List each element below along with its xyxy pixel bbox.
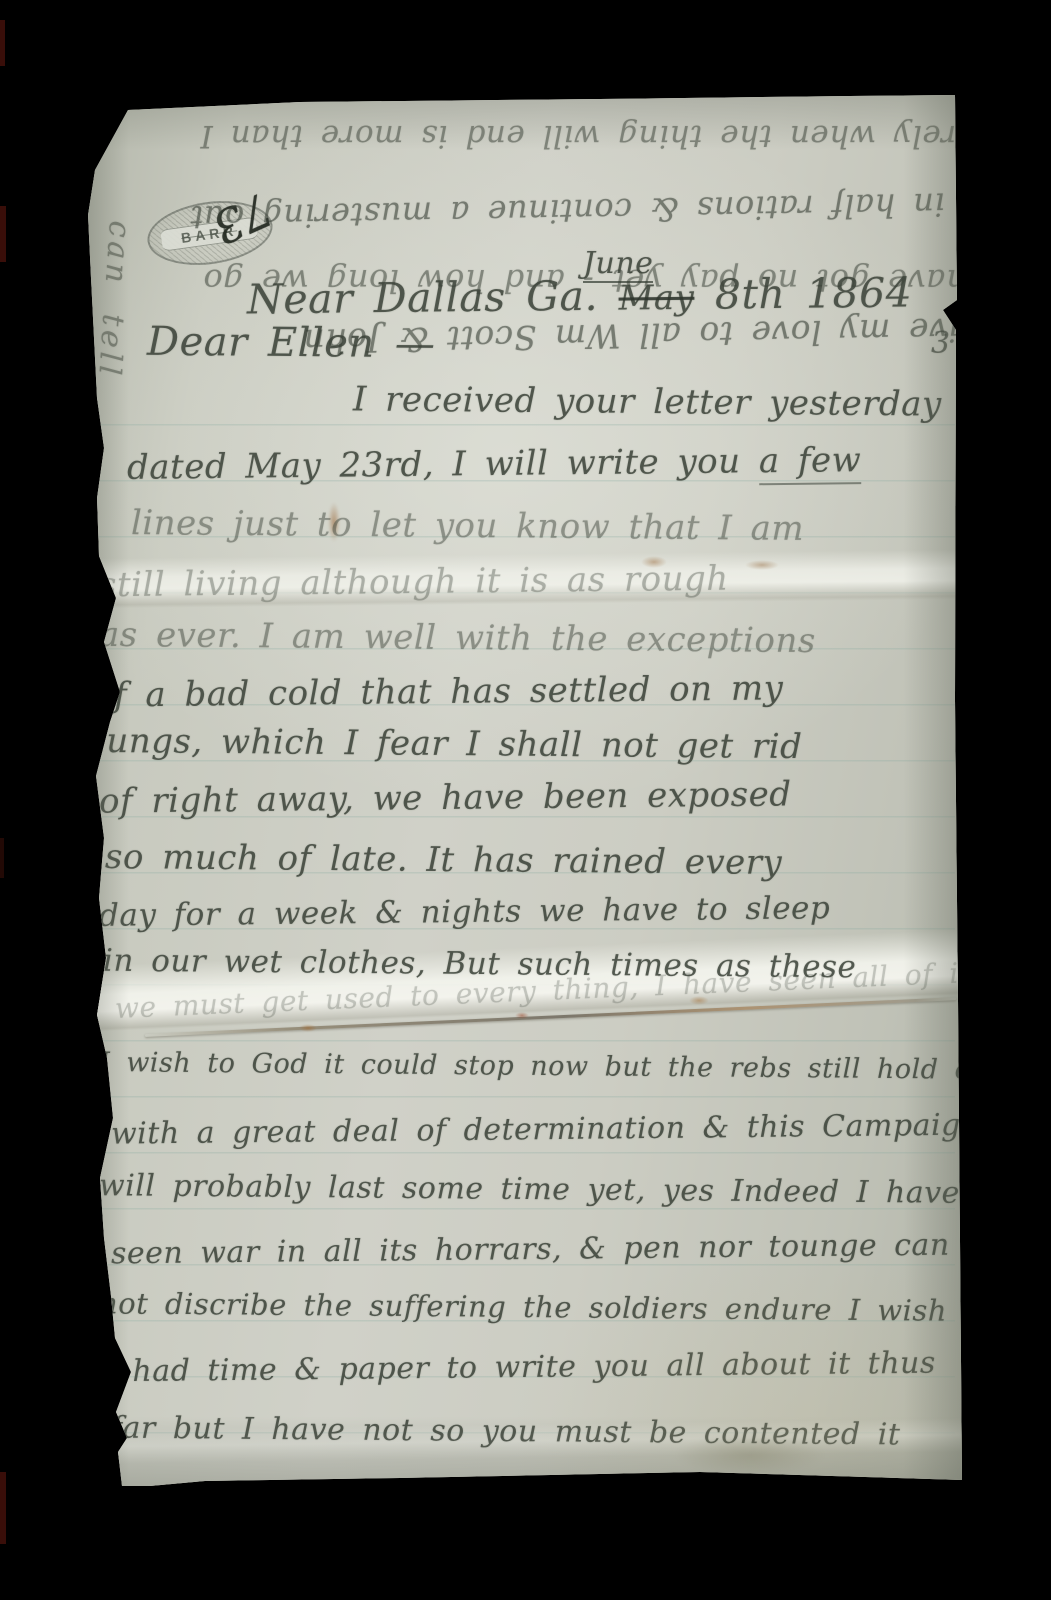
letter-line: of a bad cold that has settled on my [93,668,784,715]
place-name: Near Dallas Ga. [247,272,598,324]
film-edge-mark [0,20,5,66]
stain [745,560,779,570]
film-edge-mark [0,1472,6,1544]
page-number-mark: 3 [931,326,951,361]
underlined-word: a few [759,440,862,485]
photo-background: { "document": { "stamp": { "text": "BARR… [0,0,1051,1600]
film-edge-mark [0,206,6,262]
letter-line-text: dated May 23rd, I will write you [127,441,759,488]
inverted-line: entirely when the thing will end is more… [200,118,1019,154]
letter-paper: BARR 73 entirely when the thing will end… [85,94,965,1486]
letter-line: of right away, we have been exposed [99,774,792,821]
inverted-line: in half rations & continue a mustering o… [190,185,945,236]
letter-line: so much of late. It has rained every [105,837,783,883]
margin-note-vertical: can tell [91,220,137,381]
letter-line: still living although it is as rough [99,559,729,606]
letter-line: as ever. I am well with the exceptions [99,615,816,661]
stain [299,1024,317,1032]
letter-line: I received your letter yesterday [353,379,942,424]
stain [515,1012,529,1019]
struck-month: May [618,278,694,319]
letter-line: lungs, which I fear I shall not get rid [95,721,803,767]
letter-line: will probably last some time yet, yes In… [99,1168,960,1211]
film-edge-mark [0,838,4,878]
letter-line: dated May 23rd, I will write you a few [127,440,862,488]
salutation: Dear Ellen — [147,319,436,368]
letter-line: far but I have not so you must be conten… [111,1411,901,1453]
letter-line: lines just to let you know that I am [131,503,804,549]
letter-line: day for a week & nights we have to sleep [99,890,831,934]
inserted-month: June [583,246,653,281]
